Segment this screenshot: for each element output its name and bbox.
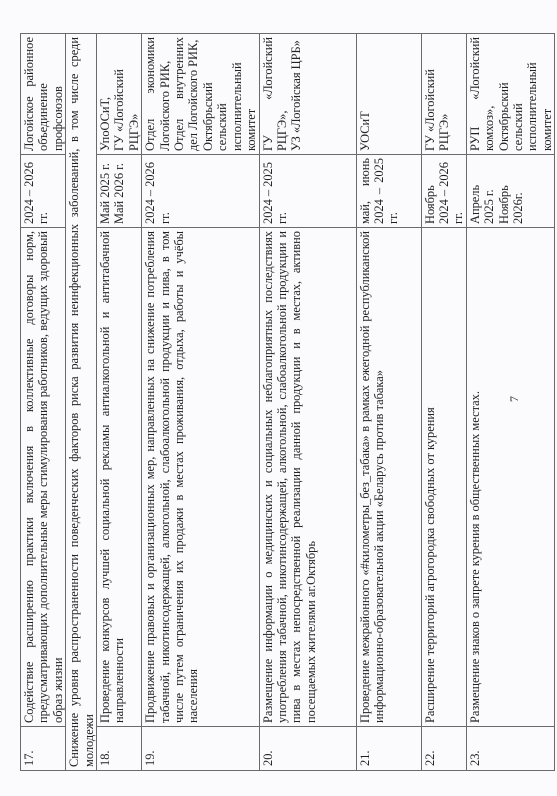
responsible-line: УОСиТ — [358, 37, 372, 151]
event-cell: Расширение территорий агрогородка свобод… — [421, 228, 466, 727]
responsible-line: УЗ «Логойская ЦРБ» — [289, 37, 303, 151]
date-line: Май 2026 г. — [112, 158, 126, 224]
table-row: 18. Проведение конкурсов лучшей социальн… — [97, 34, 142, 771]
responsible-line: ГУ «Логойский РЦГЭ» — [423, 37, 452, 151]
responsible-line: РУП «Логойский комхоз», — [468, 37, 497, 151]
event-cell: Проведение конкурсов лучшей социальной р… — [97, 228, 142, 727]
date-line: Ноябрь 2024 – 2026 гг. — [423, 158, 466, 224]
date-line: Апрель 2025 г. — [468, 158, 497, 224]
row-number: 19. — [142, 727, 259, 771]
date-line: Май 2025 г. — [98, 158, 112, 224]
date-line: 2024 – 2025 гг. — [261, 158, 290, 224]
date-line: май, июнь 2024 – 2025 гг. — [358, 158, 401, 224]
section-title: Снижение уровня распространенности повед… — [66, 34, 97, 771]
table-row: 21. Проведение межрайонного «#километры_… — [356, 34, 421, 771]
table-row: 20. Размещение информации о медицинских … — [259, 34, 356, 771]
date-cell: май, июнь 2024 – 2025 гг. — [356, 155, 421, 228]
responsible-line: ГУ «Логойский РЦГЭ» — [112, 37, 141, 151]
date-line: Ноябрь 2026г. — [497, 158, 526, 224]
row-number: 17. — [21, 727, 66, 771]
responsible-cell: РУП «Логойский комхоз», Октябрьский сель… — [466, 34, 554, 155]
table-row: 22. Расширение территорий агрогородка св… — [421, 34, 466, 771]
section-header-row: Снижение уровня распространенности повед… — [66, 34, 97, 771]
row-number: 18. — [97, 727, 142, 771]
date-cell: Май 2025 г. Май 2026 г. — [97, 155, 142, 228]
measures-table: 17. Содействие расширению практики включ… — [20, 33, 555, 771]
date-cell: 2024 – 2025 гг. — [259, 155, 356, 228]
table-row: 17. Содействие расширению практики включ… — [21, 34, 66, 771]
row-number: 22. — [421, 727, 466, 771]
responsible-cell: Отдел экономики Логойского РИК, Отдел вн… — [142, 34, 259, 155]
date-line: 2024 – 2026 гг. — [143, 158, 172, 224]
responsible-line: Октябрьский сельский исполнительный коми… — [497, 37, 555, 151]
row-number: 23. — [466, 727, 554, 771]
date-cell: Апрель 2025 г. Ноябрь 2026г. — [466, 155, 554, 228]
responsible-cell: УпоОСиТ, ГУ «Логойский РЦГЭ» — [97, 34, 142, 155]
date-cell: 2024 – 2026 гг. — [21, 155, 66, 228]
row-number: 21. — [356, 727, 421, 771]
responsible-line: УпоОСиТ, — [98, 37, 112, 151]
page-number: 7 — [507, 392, 521, 406]
event-cell: Размещение информации о медицинских и со… — [259, 228, 356, 727]
event-cell: Проведение межрайонного «#километры_без_… — [356, 228, 421, 727]
responsible-line: ГУ «Логойский РЦГЭ», — [261, 37, 290, 151]
row-number: 20. — [259, 727, 356, 771]
responsible-cell: УОСиТ — [356, 34, 421, 155]
event-cell: Размещение знаков о запрете курения в об… — [466, 228, 554, 727]
date-cell: Ноябрь 2024 – 2026 гг. — [421, 155, 466, 228]
event-cell: Содействие расширению практики включения… — [21, 228, 66, 727]
rotated-page-content: 17. Содействие расширению практики включ… — [20, 34, 507, 771]
responsible-line: Октябрьский сельский исполнительный коми… — [201, 37, 259, 151]
responsible-cell: Логойское районное объединение профсоюзо… — [21, 34, 66, 155]
date-cell: 2024 – 2026 гг. — [142, 155, 259, 228]
responsible-line: Отдел внутренних дел Логойского РИК, — [172, 37, 201, 151]
responsible-line: Отдел экономики Логойского РИК, — [143, 37, 172, 151]
responsible-cell: ГУ «Логойский РЦГЭ» — [421, 34, 466, 155]
event-cell: Продвижение правовых и организационных м… — [142, 228, 259, 727]
table-row: 19. Продвижение правовых и организационн… — [142, 34, 259, 771]
responsible-cell: ГУ «Логойский РЦГЭ», УЗ «Логойская ЦРБ» — [259, 34, 356, 155]
